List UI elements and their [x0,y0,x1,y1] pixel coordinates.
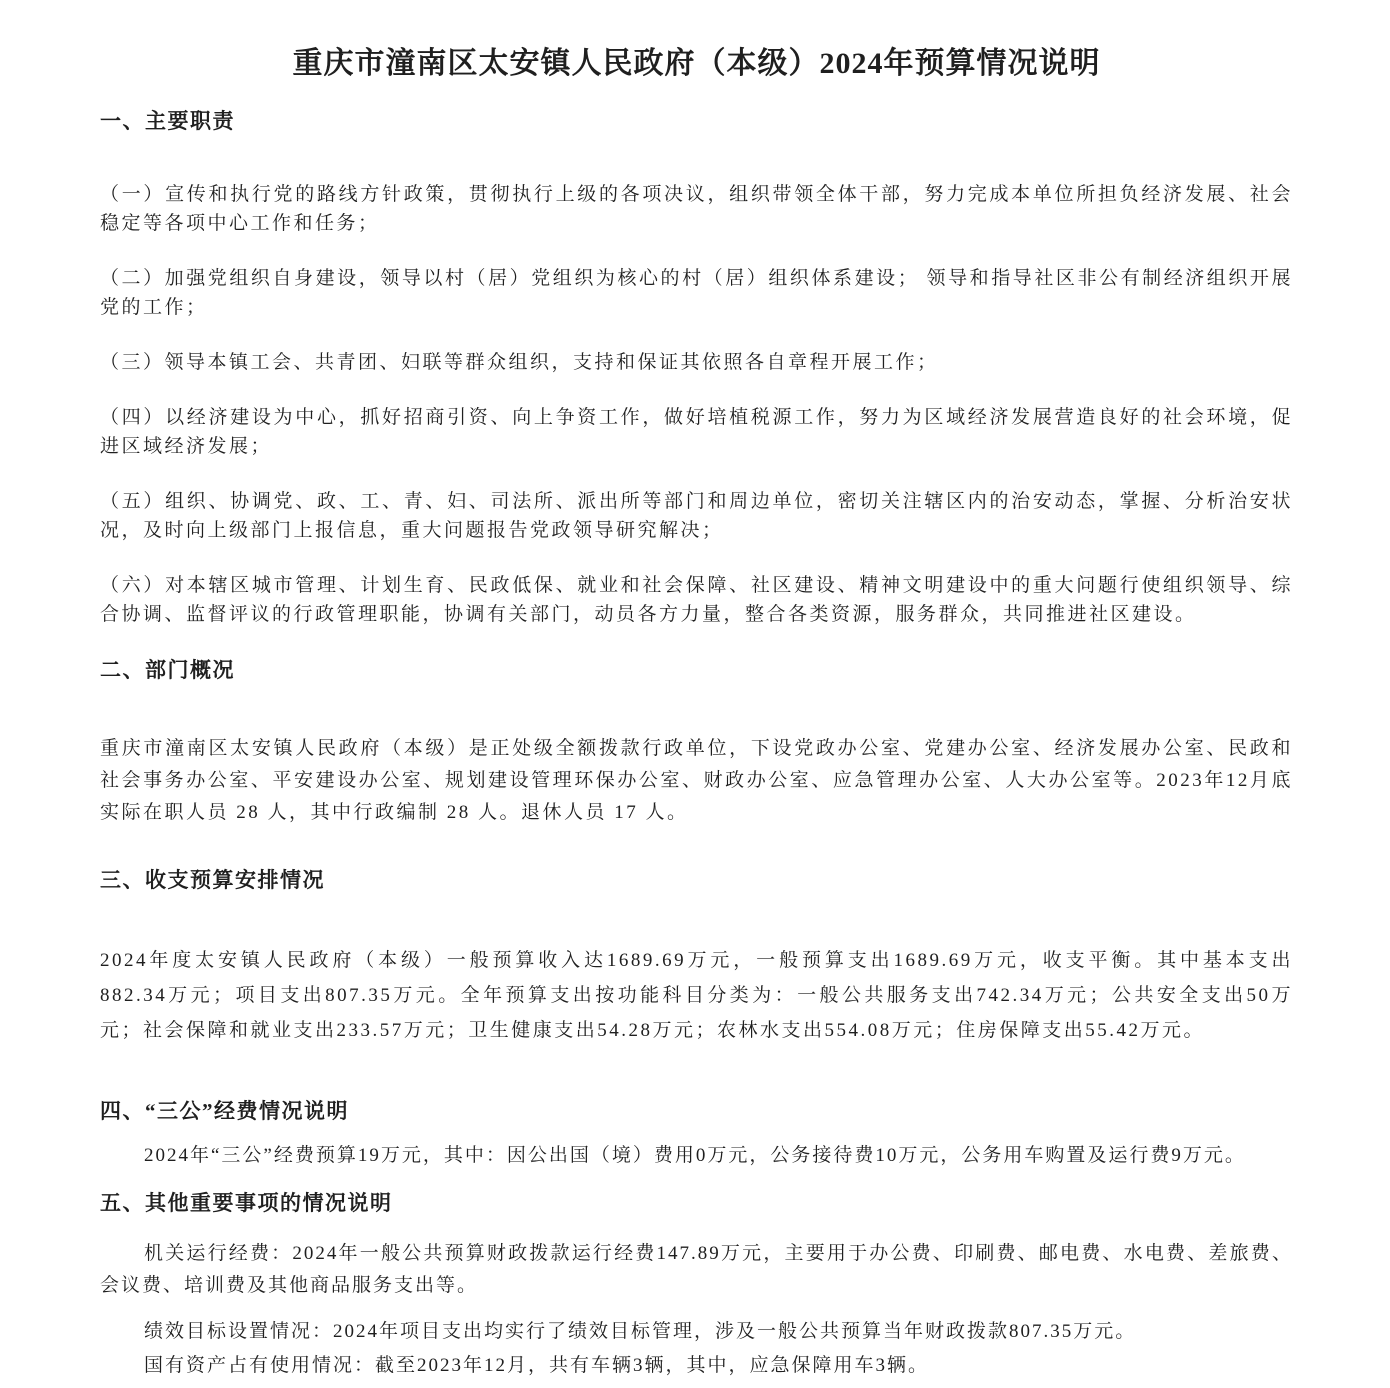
paragraph-budget-arrangement: 2024年度太安镇人民政府（本级）一般预算收入达1689.69万元，一般预算支出… [100,943,1293,1048]
paragraph-operating-funds: 机关运行经费：2024年一般公共预算财政拨款运行经费147.89万元，主要用于办… [100,1238,1293,1302]
paragraph-department-overview: 重庆市潼南区太安镇人民政府（本级）是正处级全额拨款行政单位，下设党政办公室、党建… [100,733,1293,829]
section-heading-three-public-expenses: 四、“三公”经费情况说明 [100,1098,1293,1124]
section-heading-department-overview: 二、部门概况 [100,657,1293,683]
section-three-public-expenses: 四、“三公”经费情况说明 2024年“三公”经费预算19万元，其中：因公出国（境… [100,1098,1293,1174]
paragraph-duty-1: （一）宣传和执行党的路线方针政策，贯彻执行上级的各项决议，组织带领全体干部，努力… [100,180,1293,238]
section-heading-other-important-matters: 五、其他重要事项的情况说明 [100,1190,1293,1216]
page-title: 重庆市潼南区太安镇人民政府（本级）2024年预算情况说明 [100,42,1293,86]
paragraph-performance-targets: 绩效目标设置情况：2024年项目支出均实行了绩效目标管理，涉及一般公共预算当年财… [100,1316,1293,1348]
paragraph-duty-5: （五）组织、协调党、政、工、青、妇、司法所、派出所等部门和周边单位，密切关注辖区… [100,487,1293,545]
paragraph-duty-2: （二）加强党组织自身建设，领导以村（居）党组织为核心的村（居）组织体系建设； 领… [100,264,1293,322]
section-department-overview: 二、部门概况 重庆市潼南区太安镇人民政府（本级）是正处级全额拨款行政单位，下设党… [100,657,1293,829]
section-main-duties: 一、主要职责 （一）宣传和执行党的路线方针政策，贯彻执行上级的各项决议，组织带领… [100,108,1293,629]
section-heading-main-duties: 一、主要职责 [100,108,1293,134]
paragraph-duty-6: （六）对本辖区城市管理、计划生育、民政低保、就业和社会保障、社区建设、精神文明建… [100,571,1293,629]
paragraph-state-assets: 国有资产占有使用情况：截至2023年12月，共有车辆3辆，其中，应急保障用车3辆… [100,1350,1293,1382]
section-budget-arrangement: 三、收支预算安排情况 2024年度太安镇人民政府（本级）一般预算收入达1689.… [100,867,1293,1048]
paragraph-duty-3: （三）领导本镇工会、共青团、妇联等群众组织，支持和保证其依照各自章程开展工作； [100,348,1293,377]
paragraph-duty-4: （四）以经济建设为中心，抓好招商引资、向上争资工作，做好培植税源工作，努力为区域… [100,403,1293,461]
budget-document-page: 重庆市潼南区太安镇人民政府（本级）2024年预算情况说明 一、主要职责 （一）宣… [0,0,1390,1388]
paragraph-three-public-expenses: 2024年“三公”经费预算19万元，其中：因公出国（境）费用0万元，公务接待费1… [100,1138,1293,1174]
section-heading-budget-arrangement: 三、收支预算安排情况 [100,867,1293,893]
section-other-important-matters: 五、其他重要事项的情况说明 机关运行经费：2024年一般公共预算财政拨款运行经费… [100,1190,1293,1382]
